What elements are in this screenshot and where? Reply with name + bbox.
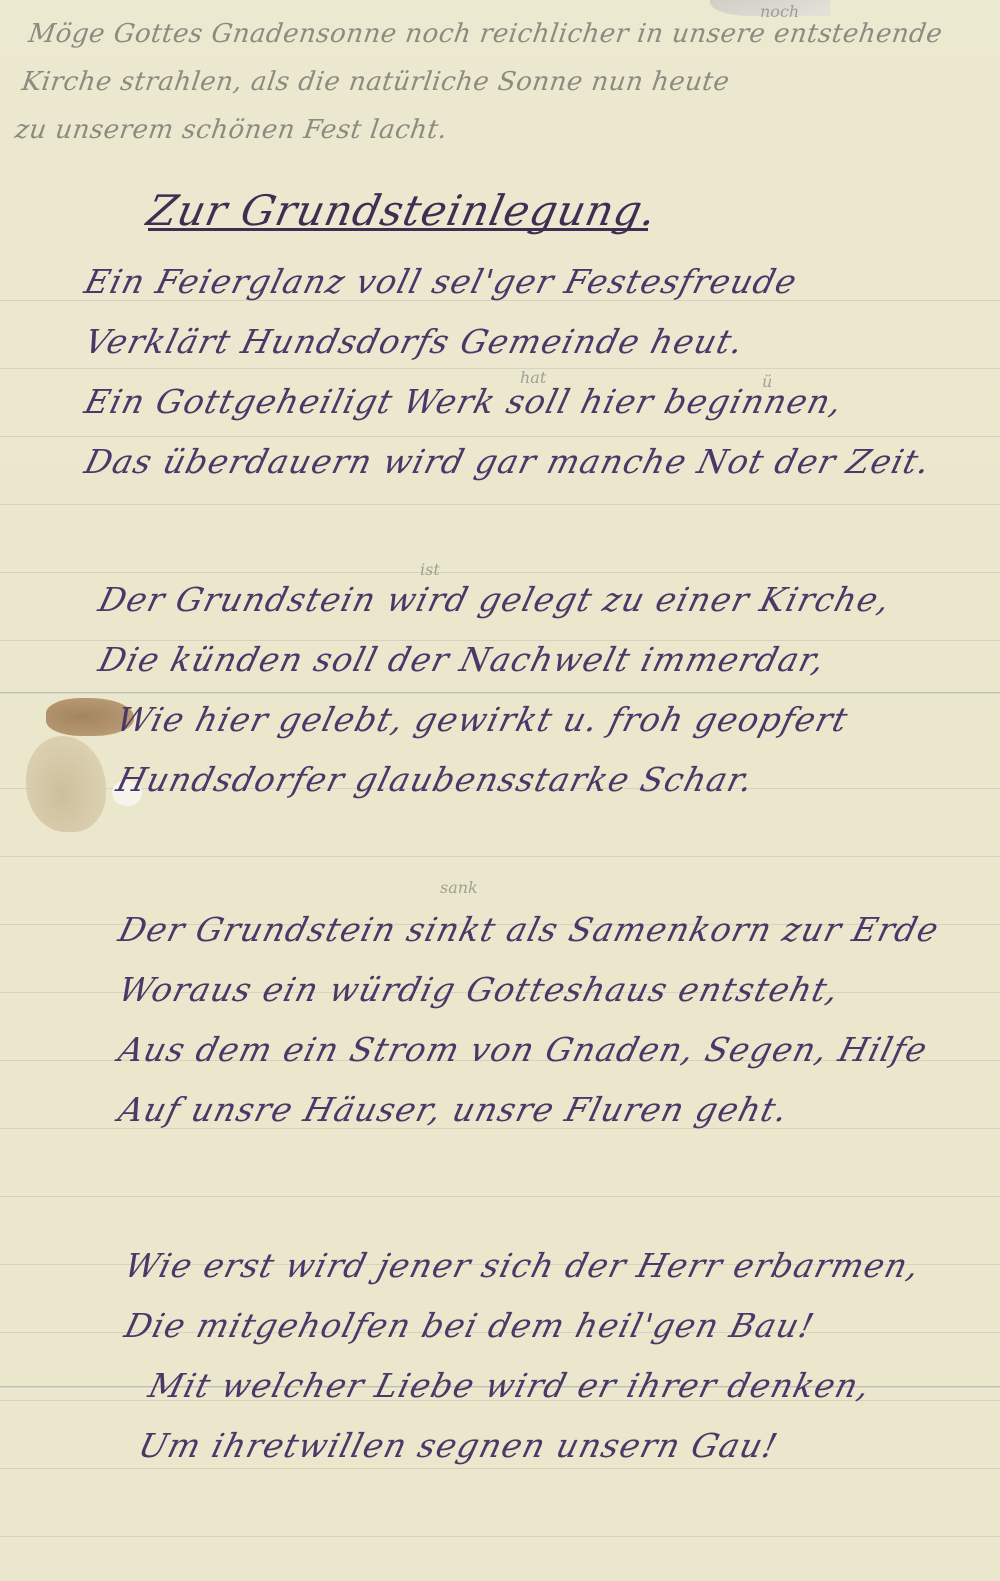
pencil-note-line: zu unserem schönen Fest lacht. <box>12 106 979 154</box>
poem-line: Hundsdorfer glaubensstarke Schar. <box>110 750 897 810</box>
stanza-1: Ein Feierglanz voll sel'ger Festesfreude… <box>78 252 923 492</box>
poem-line: Die künden soll der Nachwelt immerdar, <box>92 630 897 690</box>
ruled-line <box>0 504 1000 505</box>
pencil-insert: ü <box>762 372 772 391</box>
stanza-2: Der Grundstein wird gelegt zu einer Kirc… <box>92 570 882 810</box>
pencil-insert: hat <box>520 368 546 387</box>
pencil-note: Möge Gottes Gnadensonne noch reichlicher… <box>12 10 992 154</box>
poem-line: Woraus ein würdig Gotteshaus entsteht, <box>112 960 946 1020</box>
poem-line: Der Grundstein sinkt als Samenkorn zur E… <box>112 900 946 960</box>
poem-line: Der Grundstein wird gelegt zu einer Kirc… <box>92 570 897 630</box>
poem-line: Um ihretwillen segnen unsern Gau! <box>132 1416 927 1476</box>
pencil-interlinear: noch <box>760 2 799 21</box>
stanza-4: Wie erst wird jener sich der Herr erbarm… <box>118 1236 912 1476</box>
poem-line: Die mitgeholfen bei dem heil'gen Bau! <box>118 1296 927 1356</box>
poem-line: Wie erst wird jener sich der Herr erbarm… <box>118 1236 927 1296</box>
title-underline <box>148 228 648 231</box>
pencil-insert: sank <box>440 878 478 897</box>
ruled-line <box>0 856 1000 857</box>
poem-line: Ein Gottgeheiligt Werk soll hier beginne… <box>78 372 938 432</box>
stanza-3: Der Grundstein sinkt als Samenkorn zur E… <box>112 900 931 1140</box>
ruled-line <box>0 1536 1000 1537</box>
poem-line: Ein Feierglanz voll sel'ger Festesfreude <box>78 252 938 312</box>
poem-line: Das überdauern wird gar manche Not der Z… <box>78 432 938 492</box>
poem-line: Mit welcher Liebe wird er ihrer denken, <box>142 1356 927 1416</box>
pencil-note-line: Möge Gottes Gnadensonne noch reichlicher… <box>25 10 992 58</box>
poem-line: Auf unsre Häuser, unsre Fluren geht. <box>112 1080 946 1140</box>
poem-line: Aus dem ein Strom von Gnaden, Segen, Hil… <box>112 1020 946 1080</box>
pencil-insert: ist <box>420 560 440 579</box>
poem-line: Wie hier gelebt, gewirkt u. froh geopfer… <box>110 690 897 750</box>
pencil-note-line: Kirche strahlen, als die natürliche Sonn… <box>19 58 986 106</box>
ruled-line <box>0 1196 1000 1197</box>
poem-line: Verklärt Hundsdorfs Gemeinde heut. <box>78 312 938 372</box>
